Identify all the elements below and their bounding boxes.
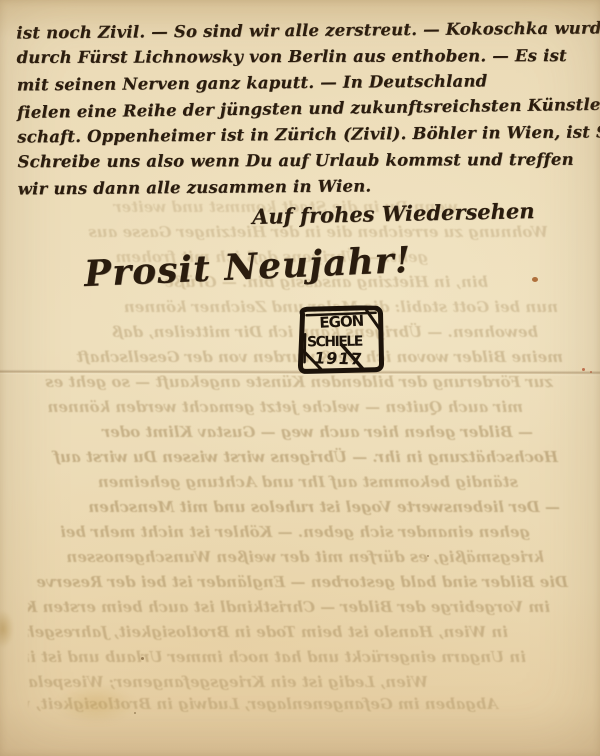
bleed-through-line: — Bilder gehen hier auch weg — Gustav Kl… xyxy=(28,423,578,445)
bleed-through-line: Die Bilder sind bald gestorben — Engländ… xyxy=(28,573,578,595)
bleed-through-line: — Der liebenswerte Vogel ist ruhelos und… xyxy=(28,498,578,520)
stamp-text-egon: EGON xyxy=(319,312,364,332)
bleed-through-line: in Ungarn eingerückt und hat noch immer … xyxy=(28,648,578,670)
egon-schiele-stamp-icon: EGON SCHIELE 1917 xyxy=(291,304,388,378)
bleed-through-line: im Vorgebirge der Bilder — Christkindl i… xyxy=(28,598,578,620)
bleed-through-line: Hochschätzung in ihr. — Übrigens wirst w… xyxy=(28,448,578,470)
letter-body: ist noch Zivil. — So sind wir alle zerst… xyxy=(16,16,590,203)
handwritten-line: durch Fürst Lichnowsky von Berlin aus en… xyxy=(17,43,589,71)
bleed-through-line: in Wien, Hanslo ist beim Tode in Brotlos… xyxy=(28,623,578,645)
bleed-through-line: Wien, Ledig ist ein Kriegsgefangener; Wi… xyxy=(28,673,578,695)
handwritten-line: ist noch Zivil. — So sind wir alle zerst… xyxy=(16,16,588,47)
stamp-text-year: 1917 xyxy=(313,349,365,369)
bleed-through-line: Abgaben im Gefangenenlager, Ludwig in Br… xyxy=(28,695,578,717)
letter-scan-page: wenn Du in die Stadt kommst und weiter W… xyxy=(0,0,600,756)
bleed-through-line: kriegsmäßig, es dürfen mit der weißen Wu… xyxy=(28,548,578,570)
bleed-through-line: mir auch Quiten — welche jetzt gemacht w… xyxy=(28,398,578,420)
stain-mark xyxy=(0,610,14,648)
bleed-through-line: ständig bekommst auf Ihr und Achtung geh… xyxy=(28,473,578,495)
bleed-through-line: gehen einander sich geben. — Köhler ist … xyxy=(28,523,578,545)
handwritten-line: Schreibe uns also wenn Du auf Urlaub kom… xyxy=(17,147,589,175)
bleed-through-line: zur Förderung der bildenden Künste angek… xyxy=(28,373,578,395)
